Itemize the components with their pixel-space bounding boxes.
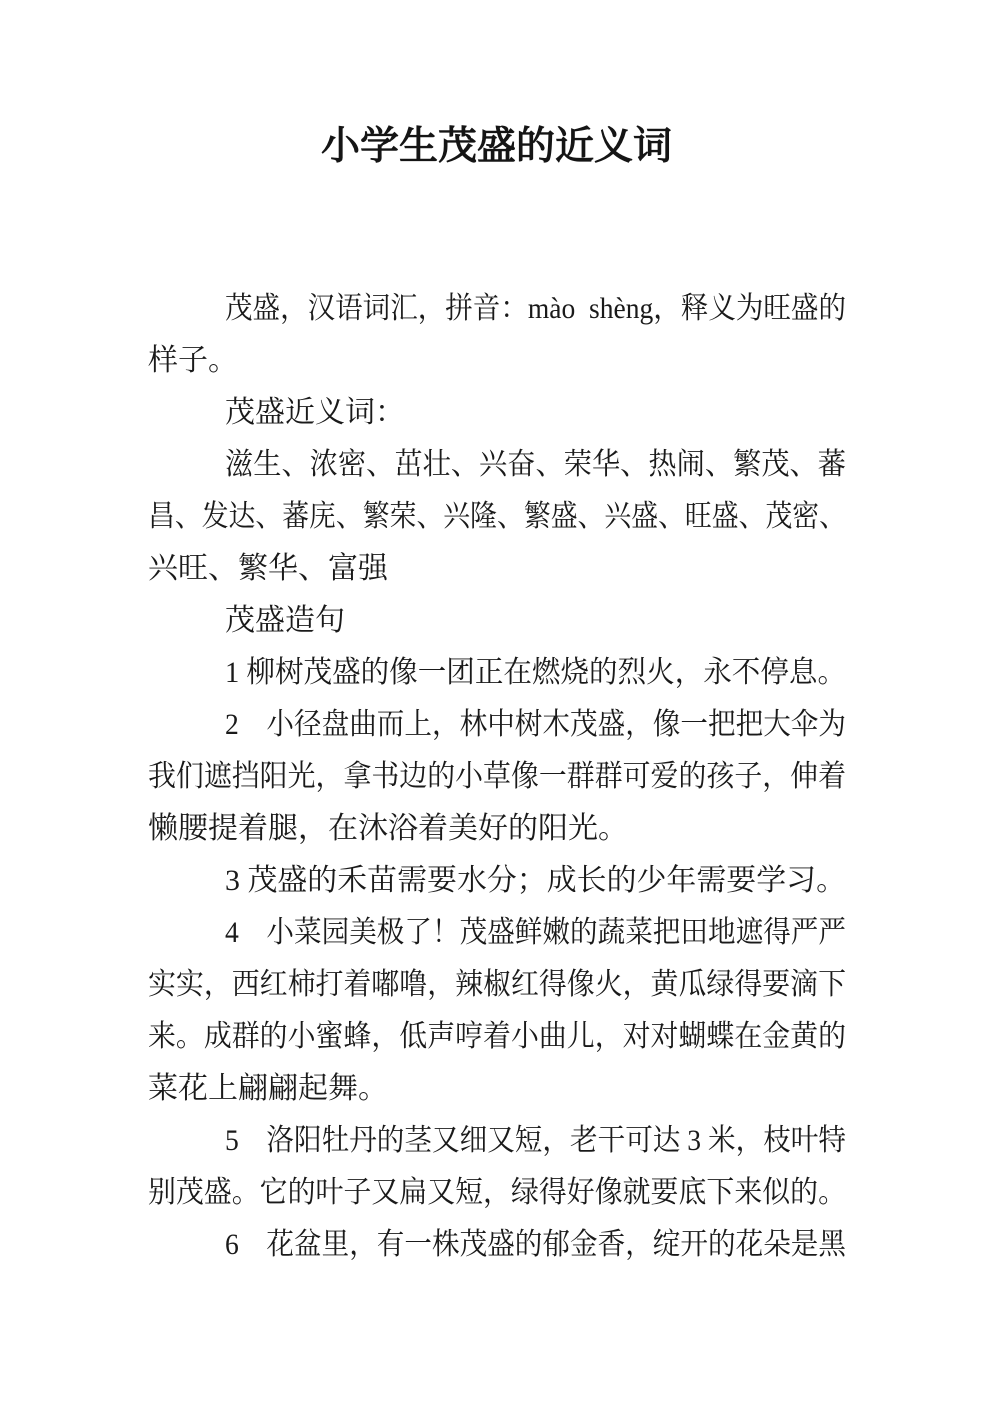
text-line-content: 懒腰提着腿，在沐浴着美好的阳光。 (148, 803, 628, 855)
document-title: 小学生茂盛的近义词 (0, 124, 993, 170)
text-line: 4 小菜园美极了！茂盛鲜嫩的蔬菜把田地遮得严严 (148, 907, 846, 959)
text-line: 来。成群的小蜜蜂，低声哼着小曲儿，对对蝴蝶在金黄的 (148, 1011, 846, 1063)
text-line-content: 3 茂盛的禾苗需要水分；成长的少年需要学习。 (225, 855, 846, 907)
text-line-content: 别茂盛。它的叶子又扁又短，绿得好像就要底下来似的。 (148, 1167, 846, 1219)
text-line: 6 花盆里，有一株茂盛的郁金香，绽开的花朵是黑 (148, 1219, 846, 1271)
text-line-content: 我们遮挡阳光，拿书边的小草像一群群可爱的孩子，伸着 (148, 751, 846, 803)
text-line: 兴旺、繁华、富强 (148, 543, 846, 595)
text-line: 茂盛近义词： (148, 387, 846, 439)
text-line-content: 6 花盆里，有一株茂盛的郁金香，绽开的花朵是黑 (225, 1219, 846, 1271)
text-line: 样子。 (148, 335, 846, 387)
text-line-content: 4 小菜园美极了！茂盛鲜嫩的蔬菜把田地遮得严严 (225, 907, 846, 959)
text-line: 2 小径盘曲而上，林中树木茂盛，像一把把大伞为 (148, 699, 846, 751)
text-line-content: 滋生、浓密、茁壮、兴奋、荣华、热闹、繁茂、蕃 (225, 439, 846, 491)
text-line-content: 实实，西红柿打着嘟噜，辣椒红得像火，黄瓜绿得要滴下 (148, 959, 846, 1011)
text-line-content: 茂盛近义词： (225, 387, 405, 439)
document-page: 小学生茂盛的近义词 茂盛，汉语词汇，拼音：mào shèng，释义为旺盛的样子。… (0, 0, 993, 1404)
text-line-content: 1 柳树茂盛的像一团正在燃烧的烈火，永不停息。 (225, 647, 846, 699)
text-line: 茂盛，汉语词汇，拼音：mào shèng，释义为旺盛的 (148, 283, 846, 335)
text-line-content: 来。成群的小蜜蜂，低声哼着小曲儿，对对蝴蝶在金黄的 (148, 1011, 846, 1063)
text-line-content: 菜花上翩翩起舞。 (148, 1063, 388, 1115)
text-line: 懒腰提着腿，在沐浴着美好的阳光。 (148, 803, 846, 855)
text-line: 别茂盛。它的叶子又扁又短，绿得好像就要底下来似的。 (148, 1167, 846, 1219)
text-line: 3 茂盛的禾苗需要水分；成长的少年需要学习。 (148, 855, 846, 907)
text-line: 昌、发达、蕃庑、繁荣、兴隆、繁盛、兴盛、旺盛、茂密、 (148, 491, 846, 543)
text-line-content: 茂盛，汉语词汇，拼音：mào shèng，释义为旺盛的 (225, 283, 846, 335)
text-line: 我们遮挡阳光，拿书边的小草像一群群可爱的孩子，伸着 (148, 751, 846, 803)
text-line: 1 柳树茂盛的像一团正在燃烧的烈火，永不停息。 (148, 647, 846, 699)
text-line-content: 2 小径盘曲而上，林中树木茂盛，像一把把大伞为 (225, 699, 846, 751)
text-line-content: 5 洛阳牡丹的茎又细又短，老干可达 3 米，枝叶特 (225, 1115, 846, 1167)
text-line: 茂盛造句 (148, 595, 846, 647)
text-line-content: 昌、发达、蕃庑、繁荣、兴隆、繁盛、兴盛、旺盛、茂密、 (148, 491, 846, 543)
text-line: 菜花上翩翩起舞。 (148, 1063, 846, 1115)
text-line: 实实，西红柿打着嘟噜，辣椒红得像火，黄瓜绿得要滴下 (148, 959, 846, 1011)
document-body: 茂盛，汉语词汇，拼音：mào shèng，释义为旺盛的样子。茂盛近义词：滋生、浓… (148, 283, 846, 1271)
text-line-content: 茂盛造句 (225, 595, 345, 647)
text-line-content: 样子。 (148, 335, 238, 387)
text-line-content: 兴旺、繁华、富强 (148, 543, 388, 595)
text-line: 5 洛阳牡丹的茎又细又短，老干可达 3 米，枝叶特 (148, 1115, 846, 1167)
text-line: 滋生、浓密、茁壮、兴奋、荣华、热闹、繁茂、蕃 (148, 439, 846, 491)
